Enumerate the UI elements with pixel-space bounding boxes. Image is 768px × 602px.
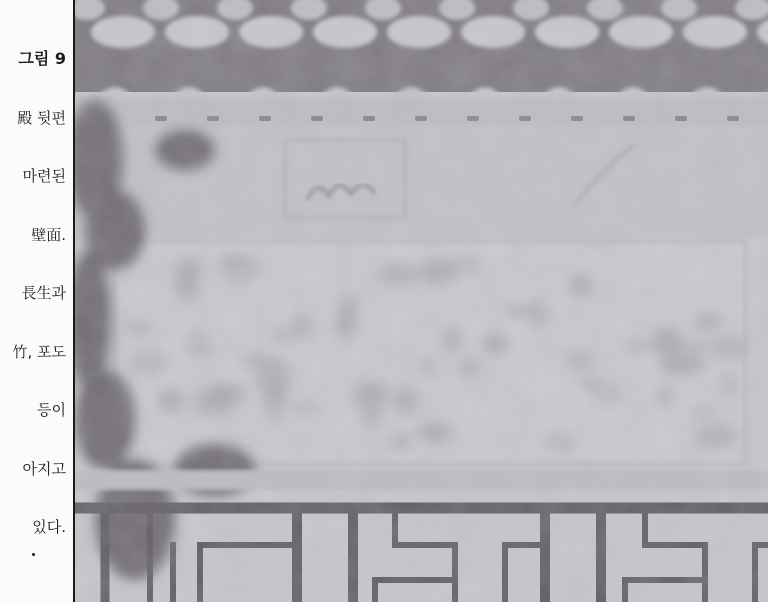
caption-line: 竹, 포도 — [0, 343, 66, 363]
caption-line: 아지고 — [0, 460, 66, 480]
wall-photo-illustration — [75, 0, 768, 602]
caption-line: 長生과 — [0, 284, 66, 304]
caption-line: 殿 뒷편 — [0, 109, 66, 129]
figure-photo — [73, 0, 768, 602]
caption-line: 壁面. — [0, 226, 66, 246]
caption-line: 등이 — [0, 401, 66, 421]
caption-line: 있다. — [0, 518, 66, 538]
caption-line: 마련된 — [0, 167, 66, 187]
print-speck — [32, 553, 35, 556]
figure-caption: 그림 9 殿 뒷편 마련된 壁面. 長生과 竹, 포도 등이 아지고 있다. — [0, 10, 66, 557]
figure-label: 그림 9 — [0, 49, 66, 69]
